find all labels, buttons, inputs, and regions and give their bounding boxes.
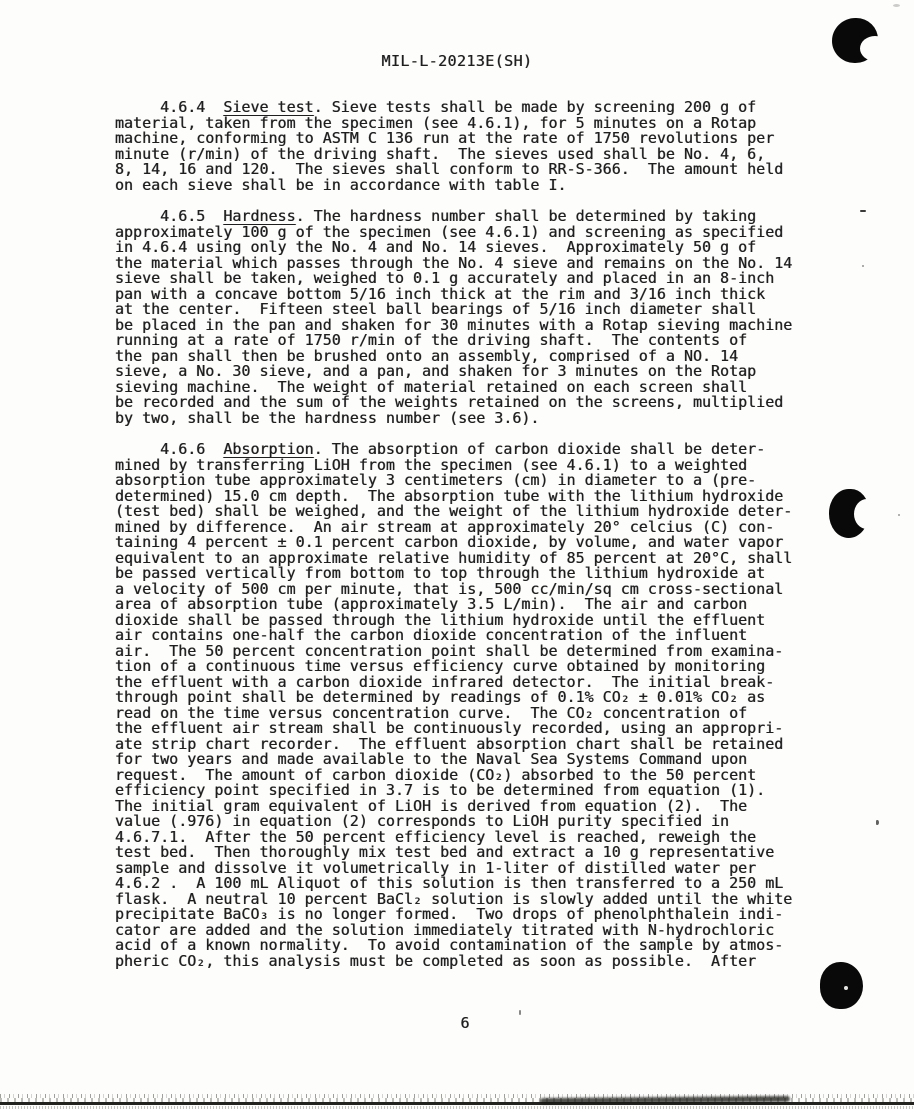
scan-speck [860, 210, 866, 212]
section-4.6.5: 4.6.5 Hardness. The hardness number shal… [115, 209, 792, 426]
document-body: 4.6.4 Sieve test. Sieve tests shall be m… [115, 100, 792, 985]
hole-punch-mark-bottom [820, 962, 863, 1009]
scan-speck [876, 820, 879, 825]
hole-punch-mark-top [832, 18, 878, 63]
section-4.6.4: 4.6.4 Sieve test. Sieve tests shall be m… [115, 100, 792, 193]
scanned-document-page: MIL-L-20213E(SH) 4.6.4 Sieve test. Sieve… [0, 0, 914, 1109]
hole-punch-mark-middle [829, 489, 869, 538]
scan-speck [862, 265, 864, 267]
section-4.6.6: 4.6.6 Absorption. The absorption of carb… [115, 442, 792, 969]
text-line: on each sieve shall be in accordance wit… [115, 178, 792, 194]
text-line: by two, shall be the hardness number (se… [115, 411, 792, 427]
page-number: 6 [8, 1014, 914, 1032]
scan-speck [898, 514, 900, 516]
document-id-header: MIL-L-20213E(SH) [0, 52, 914, 70]
text-line: pheric CO₂, this analysis must be comple… [115, 954, 792, 970]
scan-speck [893, 4, 900, 7]
scan-speck [519, 1010, 521, 1015]
